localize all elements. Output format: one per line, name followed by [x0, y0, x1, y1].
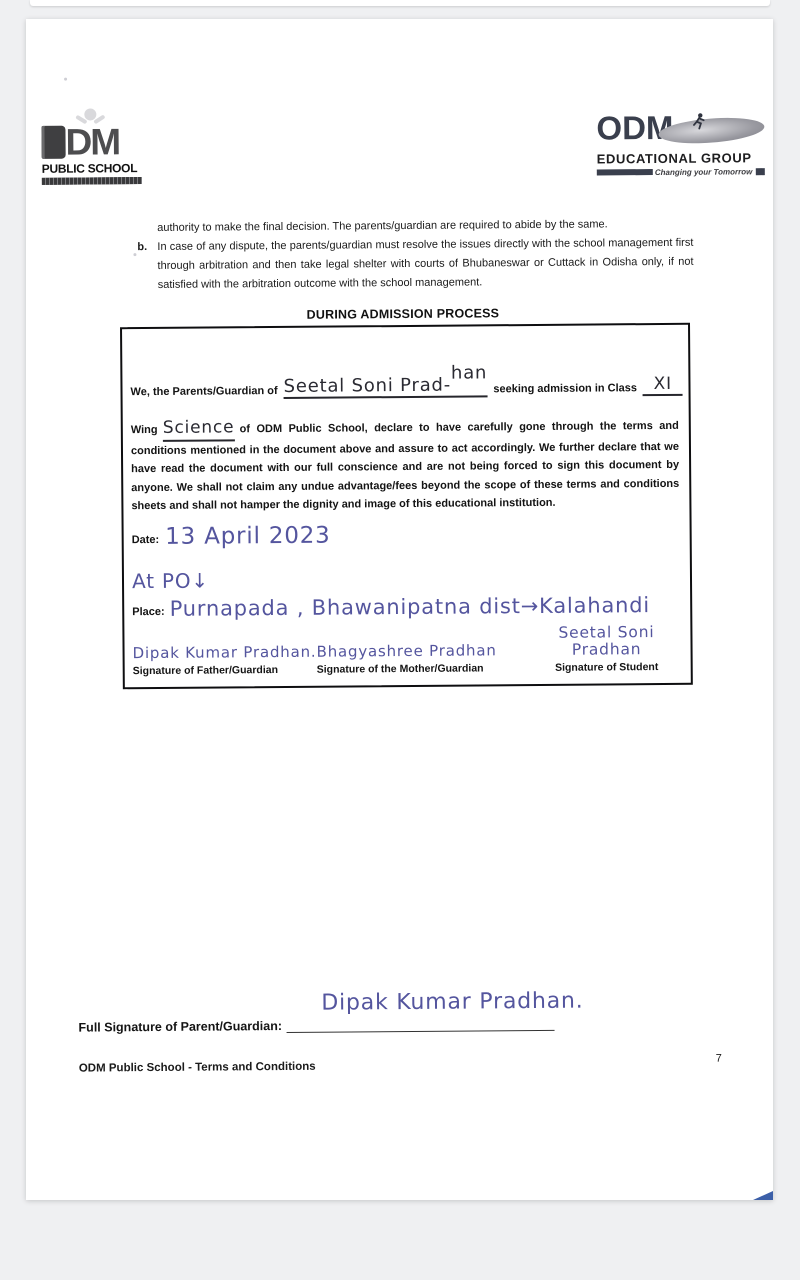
document-page: DM PUBLIC SCHOOL ODM [26, 19, 773, 1200]
declaration-body: WingScienceof ODM Public School, declare… [131, 417, 680, 516]
student-name-field: Seetal Soni Prad-han [284, 376, 488, 399]
declaration-box: We, the Parents/Guardian of Seetal Soni … [120, 323, 693, 689]
date-row: Date: 13 April 2023 [132, 524, 331, 550]
full-signature-handwriting: Dipak Kumar Pradhan. [321, 989, 583, 1016]
mother-signature-block: Bhagyashree Pradhan Signature of the Mot… [317, 642, 497, 675]
mother-signature-label: Signature of the Mother/Guardian [317, 662, 497, 675]
student-signature-label: Signature of Student [529, 661, 685, 674]
public-school-tagline-bar [42, 177, 142, 185]
wing-field: Science [163, 420, 235, 441]
public-school-logo-name: PUBLIC SCHOOL [42, 161, 144, 176]
terms-text-block: authority to make the final decision. Th… [137, 215, 694, 295]
declaration-intro: We, the Parents/Guardian of [130, 385, 277, 400]
father-signature-block: Dipak Kumar Pradhan. Signature of Father… [133, 644, 317, 677]
father-signature-handwriting: Dipak Kumar Pradhan. [133, 644, 317, 662]
student-name-handwriting: Seetal Soni Prad- [284, 375, 452, 397]
date-label: Date: [132, 534, 160, 549]
place-label: Place: [132, 606, 165, 621]
full-signature-row: Full Signature of Parent/Guardian: [78, 1016, 554, 1035]
student-name-insert-handwriting: han [451, 364, 487, 382]
full-signature-label: Full Signature of Parent/Guardian: [78, 1019, 282, 1035]
student-figure-icon [75, 108, 105, 134]
terms-item-b-text: In case of any dispute, the parents/guar… [157, 234, 693, 295]
wing-handwriting: Science [163, 417, 235, 438]
odm-public-school-logo: DM PUBLIC SCHOOL [41, 114, 144, 185]
class-handwriting: XI [654, 374, 672, 394]
wing-label: Wing [131, 424, 158, 436]
place-row: Place: Purnapada , Bhawanipatna dist→Kal… [132, 593, 650, 621]
scan-speck [133, 253, 136, 256]
group-logo-odm: ODM [596, 109, 673, 147]
full-signature-line [286, 1016, 554, 1033]
mother-signature-handwriting: Bhagyashree Pradhan [317, 642, 497, 660]
scan-speck [64, 78, 67, 81]
document-footer-title: ODM Public School - Terms and Conditions [79, 1061, 316, 1075]
public-school-logo-mark: DM [41, 114, 143, 159]
student-signature-handwriting: Seetal Soni Pradhan [528, 624, 684, 659]
scanned-document-view: DM PUBLIC SCHOOL ODM [0, 0, 800, 1280]
page-corner-fold [753, 1191, 773, 1200]
place-handwriting: Purnapada , Bhawanipatna dist→Kalahandi [170, 593, 650, 621]
group-logo-tagline: Changing your Tomorrow [653, 167, 755, 177]
section-heading: DURING ADMISSION PROCESS [120, 305, 686, 323]
tagline-bar-left [597, 169, 653, 175]
signatures-row: Dipak Kumar Pradhan. Signature of Father… [124, 621, 690, 681]
tagline-bar-right [756, 168, 765, 175]
father-signature-label: Signature of Father/Guardian [133, 664, 317, 677]
odm-educational-group-logo: ODM EDUCATIONAL GROUP Changing your Tomo… [596, 110, 767, 176]
at-po-handwriting: At PO↓ [132, 571, 209, 592]
previous-page-edge [30, 0, 770, 6]
student-signature-block: Seetal Soni Pradhan Signature of Student [528, 624, 684, 674]
book-icon [41, 126, 65, 159]
terms-item-b-marker: b. [137, 238, 147, 257]
declaration-line-1: We, the Parents/Guardian of Seetal Soni … [130, 375, 682, 400]
declaration-after-name: seeking admission in Class [493, 382, 637, 397]
group-logo-name: EDUCATIONAL GROUP [597, 150, 767, 166]
class-field: XI [643, 376, 683, 396]
terms-item-b: b. In case of any dispute, the parents/g… [137, 234, 693, 295]
runner-icon [691, 112, 709, 136]
swoosh-ellipse [658, 115, 766, 147]
date-handwriting: 13 April 2023 [165, 524, 331, 549]
page-number: 7 [716, 1053, 722, 1065]
